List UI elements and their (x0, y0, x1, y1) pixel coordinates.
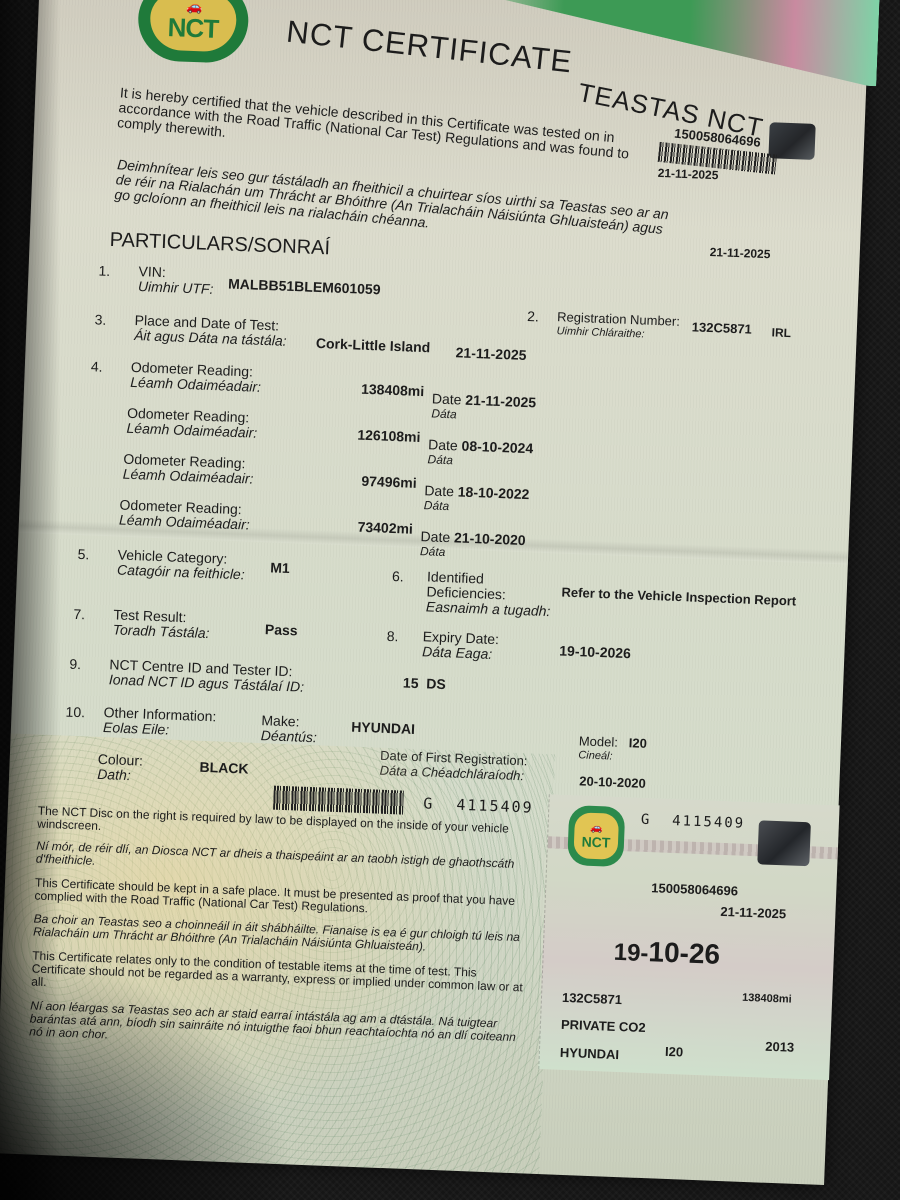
result-label: Test Result: Toradh Tástála: (113, 607, 211, 641)
disc-model: I20 (665, 1044, 684, 1060)
odometer-label: Odometer Reading:Léamh Odaiméadair: (130, 360, 262, 395)
odometer-date: 08-10-2024 (461, 438, 533, 457)
item-number: 8. (386, 628, 398, 644)
result-value: Pass (265, 621, 298, 638)
odometer-label: Odometer Reading:Léamh Odaiméadair: (119, 498, 251, 533)
expiry-label: Expiry Date: Dáta Eaga: (422, 629, 499, 662)
nct-logo: 🚗 NCT (137, 0, 250, 64)
test-place: Cork-Little Island (316, 335, 431, 355)
category-label: Vehicle Category: Catagóir na feithicle: (117, 547, 246, 582)
registration-value: 132C5871 (692, 319, 753, 336)
odometer-date-label: Date 08-10-2024Dáta (427, 437, 533, 471)
test-date: 21-11-2025 (455, 344, 526, 363)
centre-label: NCT Centre ID and Tester ID: Ionad NCT I… (109, 657, 305, 694)
item-number: 6. (392, 568, 404, 584)
make-value: HYUNDAI (351, 719, 415, 737)
nct-certificate: 🚗 NCT NCT CERTIFICATE TEASTAS NCT 150058… (0, 0, 870, 1185)
disc-hologram (757, 820, 811, 866)
disc-usage: PRIVATE CO2 (561, 1017, 646, 1035)
title-english: NCT CERTIFICATE (285, 14, 574, 81)
item-number: 5. (77, 546, 89, 562)
first-registration-value: 20-10-2020 (579, 773, 646, 791)
place-date-label: Place and Date of Test: Áit agus Dáta na… (134, 313, 288, 349)
model-label: Model: Cineál: (578, 733, 618, 764)
registration-country: IRL (771, 325, 791, 340)
disc-test-date: 21-11-2025 (720, 904, 786, 922)
logo-text: NCT (167, 12, 219, 45)
odometer-date-label: Date 18-10-2022Dáta (424, 483, 530, 517)
centre-value: 15 DS (403, 675, 446, 693)
item-number: 1. (98, 263, 110, 279)
item-number: 10. (65, 704, 85, 721)
deficiencies-value: Refer to the Vehicle Inspection Report (561, 585, 796, 609)
section-title: PARTICULARS/SONRAÍ (109, 229, 330, 260)
deficiencies-label: Identified Deficiencies: Easnaimh a tuga… (426, 569, 552, 619)
nct-disc: 🚗 NCT G 4115409 150058064696 21-11-2025 … (538, 794, 839, 1080)
odometer-date: 21-11-2025 (465, 392, 536, 411)
registration-label: Registration Number: Uimhir Chláraithe: (556, 309, 680, 344)
barcode (273, 786, 404, 815)
odometer-date: 21-10-2020 (454, 529, 526, 548)
vin-value: MALBB51BLEM601059 (228, 276, 381, 298)
expiry-value: 19-10-2026 (559, 643, 631, 662)
odometer-value: 73402mi (323, 517, 414, 536)
odometer-label: Odometer Reading:Léamh Odaiméadair: (122, 452, 254, 487)
other-info-label: Other Information: Eolas Eile: (103, 705, 217, 739)
car-icon: 🚗 (590, 822, 603, 833)
disc-registration: 132C5871 (562, 990, 623, 1007)
vin-label: VIN: Uimhir UTF: (138, 264, 215, 297)
item-number: 9. (69, 656, 81, 672)
disc-make: HYUNDAI (560, 1045, 620, 1062)
odometer-label: Odometer Reading:Léamh Odaiméadair: (126, 406, 258, 441)
model-value: I20 (629, 735, 648, 751)
odometer-date-label: Date 21-11-2025Dáta (431, 391, 536, 425)
disc-odometer: 138408mi (742, 992, 792, 1006)
item-number: 2. (527, 308, 539, 324)
disc-year: 2013 (765, 1039, 794, 1055)
odometer-value: 126108mi (330, 426, 421, 445)
disc-expiry: 19-10-26 (613, 935, 720, 971)
car-icon: 🚗 (186, 0, 202, 13)
odometer-date: 18-10-2022 (458, 483, 530, 502)
disc-serial: G 4115409 (641, 812, 746, 832)
category-value: M1 (270, 559, 290, 576)
colour-label: Colour: Dath: (97, 752, 143, 784)
intro-date-english: 21-11-2025 (657, 166, 718, 182)
intro-date-irish: 21-11-2025 (709, 245, 770, 261)
colour-value: BLACK (199, 759, 249, 777)
item-number: 7. (73, 606, 85, 622)
disc-certificate-number: 150058064696 (651, 880, 738, 898)
item-number: 4. (91, 358, 103, 374)
odometer-value: 138408mi (334, 380, 425, 399)
make-label: Make: Déantús: (261, 713, 318, 745)
disc-nct-logo: 🚗 NCT (567, 805, 625, 867)
odometer-date-label: Date 21-10-2020Dáta (420, 529, 526, 563)
item-number: 3. (94, 311, 106, 327)
odometer-value: 97496mi (326, 471, 417, 490)
